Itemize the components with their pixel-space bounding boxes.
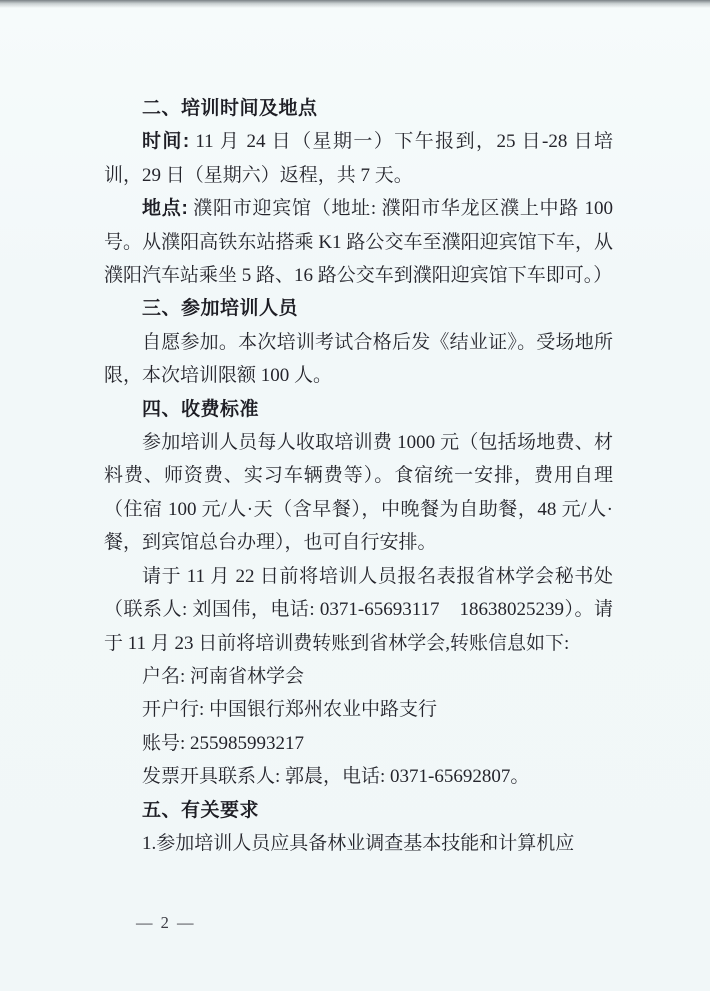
bank-branch: 开户行: 中国银行郑州农业中路支行 [104,693,613,726]
section-heading-fee-standard: 四、收费标准 [104,393,613,426]
bank-account-name: 户名: 河南省林学会 [104,660,613,693]
section-heading-requirements: 五、有关要求 [104,794,613,827]
time-label: 时间: [142,131,189,152]
paragraph-participants: 自愿参加。本次培训考试合格后发《结业证》。受场地所限，本次培训限额 100 人。 [104,326,613,393]
scan-edge-shadow [0,0,710,8]
section-heading-participants: 三、参加培训人员 [104,292,613,325]
paragraph-time: 时间: 11 月 24 日（星期一）下午报到，25 日-28 日培训，29 日（… [104,125,613,192]
paragraph-registration-transfer: 请于 11 月 22 日前将培训人员报名表报省林学会秘书处（联系人: 刘国伟，电… [104,560,613,660]
bank-account-number: 账号: 255985993217 [104,727,613,760]
paragraph-location: 地点: 濮阳市迎宾馆（地址: 濮阳市华龙区濮上中路 100 号。从濮阳高铁东站搭… [104,192,613,292]
paragraph-fees: 参加培训人员每人收取培训费 1000 元（包括场地费、材料费、师资费、实习车辆费… [104,426,613,560]
location-label: 地点: [142,198,188,219]
invoice-contact: 发票开具联系人: 郭晨，电话: 0371-65692807。 [104,760,613,793]
page-number: — 2 — [136,913,196,933]
document-body: 二、培训时间及地点 时间: 11 月 24 日（星期一）下午报到，25 日-28… [104,92,613,860]
section-heading-training-time-location: 二、培训时间及地点 [104,92,613,125]
paragraph-requirement-1: 1.参加培训人员应具备林业调查基本技能和计算机应 [104,827,613,860]
